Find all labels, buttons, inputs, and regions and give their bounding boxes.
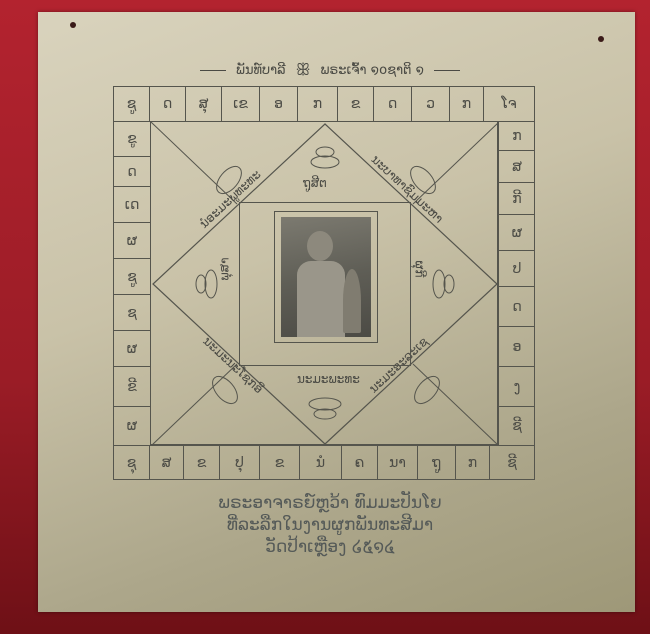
photo-frame	[274, 211, 378, 343]
caption-line-2: ທີ່ລະລືກໃນງານຜູກພັນທະສີມາ	[150, 514, 510, 536]
grid-cell: ດ	[150, 87, 186, 121]
grid-cell: ກ	[499, 121, 535, 151]
grid-cell: ອ	[260, 87, 298, 121]
ceremonial-fan	[343, 269, 361, 333]
header-left-text: ພັນທ໌ບາລີ	[236, 63, 286, 78]
pin-hole	[70, 22, 76, 28]
header-right-text: ພຣະເຈົ້າ ໑໐ຊາຕິ ໑	[320, 63, 424, 78]
grid-cell: ຂ	[260, 446, 300, 480]
grid-right-column: ກ ສ ກີ ຜ ປ ດ ອ ງ ຊີ	[498, 121, 535, 445]
grid-cell: ສ	[499, 151, 535, 183]
grid-cell: ເຂ	[222, 87, 260, 121]
grid-cell: ກ	[450, 87, 484, 121]
monk-portrait-photo	[281, 217, 371, 337]
grid-cell: ງ	[499, 367, 535, 407]
grid-cell: ກີ	[499, 183, 535, 215]
bottom-triangle-text: ນະມະພະທະ	[297, 372, 360, 386]
inner-field: ຖູສີຕ ນະມະພະທະ ພຸສາ ຜຸກີ ນໍອະມະພູທະທະ ນະ…	[150, 121, 498, 445]
grid-cell: ນໍ	[300, 446, 342, 480]
trefoil-symbol: ꕥ	[296, 60, 311, 80]
grid-cell: ຂີ	[114, 367, 150, 407]
top-triangle-text: ຖູສີຕ	[303, 176, 327, 190]
grid-cell: ຜ	[114, 223, 150, 259]
grid-cell: ຊຸ	[114, 446, 150, 480]
grid-cell: ຜ	[114, 407, 150, 445]
grid-cell: ອ	[499, 327, 535, 367]
monk-robe	[297, 261, 345, 337]
grid-cell: ສຸ	[186, 87, 222, 121]
caption-line-1: ພຣະອາຈາຣຍ໌ຫຼວ້າ ທົມມະປັນໂຍ	[150, 492, 510, 514]
grid-cell: ຊ	[114, 295, 150, 331]
grid-cell: ສ	[150, 446, 184, 480]
grid-cell: ນາ	[378, 446, 418, 480]
grid-bottom-row: ຊຸ ສ ຂ ປຸ ຂ ນໍ ຄ ນາ ຖູ ກ ຊີ	[114, 445, 534, 480]
grid-cell: ກ	[298, 87, 338, 121]
grid-cell: ດ	[499, 287, 535, 327]
caption-line-3: ວັດປ້າເຫຼືອງ ໒໕໑໔	[150, 536, 510, 558]
grid-left-column: ຂູ ດ ເດ ຜ ຊູ ຊ ຜ ຂີ ຜ	[114, 121, 151, 445]
grid-cell: ຄ	[342, 446, 378, 480]
caption-inscription: ພຣະອາຈາຣຍ໌ຫຼວ້າ ທົມມະປັນໂຍ ທີ່ລະລືກໃນງານ…	[150, 492, 510, 558]
grid-cell: ປ	[499, 251, 535, 287]
grid-cell: ໂຈ	[484, 87, 534, 121]
grid-cell: ດ	[374, 87, 412, 121]
grid-cell: ວ	[412, 87, 450, 121]
flourish-right	[434, 70, 460, 71]
right-triangle-text: ຜຸກີ	[413, 261, 427, 278]
grid-cell: ປຸ	[220, 446, 260, 480]
left-triangle-text: ພຸສາ	[218, 257, 232, 280]
grid-cell: ຜ	[499, 215, 535, 251]
center-square	[239, 202, 411, 366]
monk-head	[307, 231, 333, 261]
flourish-left	[200, 70, 226, 71]
yantra-grid: ຊູ ດ ສຸ ເຂ ອ ກ ຂ ດ ວ ກ ໂຈ ຊຸ ສ ຂ ປຸ ຂ ນໍ…	[113, 86, 535, 480]
grid-cell: ຊູ	[114, 259, 150, 295]
grid-cell: ຂ	[338, 87, 374, 121]
grid-cell: ເດ	[114, 187, 150, 223]
grid-top-row: ຊູ ດ ສຸ ເຂ ອ ກ ຂ ດ ວ ກ ໂຈ	[114, 87, 534, 122]
grid-cell: ຊູ	[114, 87, 150, 121]
header-inscription: ພັນທ໌ບາລີ ꕥ ພຣະເຈົ້າ ໑໐ຊາຕິ ໑	[160, 58, 500, 82]
grid-cell: ຊີ	[499, 407, 535, 445]
grid-cell: ຂູ	[114, 121, 150, 157]
grid-cell: ຜ	[114, 331, 150, 367]
grid-cell: ຂ	[184, 446, 220, 480]
grid-cell: ດ	[114, 157, 150, 187]
grid-cell: ຊີ	[490, 446, 534, 480]
pin-hole	[598, 36, 604, 42]
grid-cell: ກ	[456, 446, 490, 480]
grid-cell: ຖູ	[418, 446, 456, 480]
